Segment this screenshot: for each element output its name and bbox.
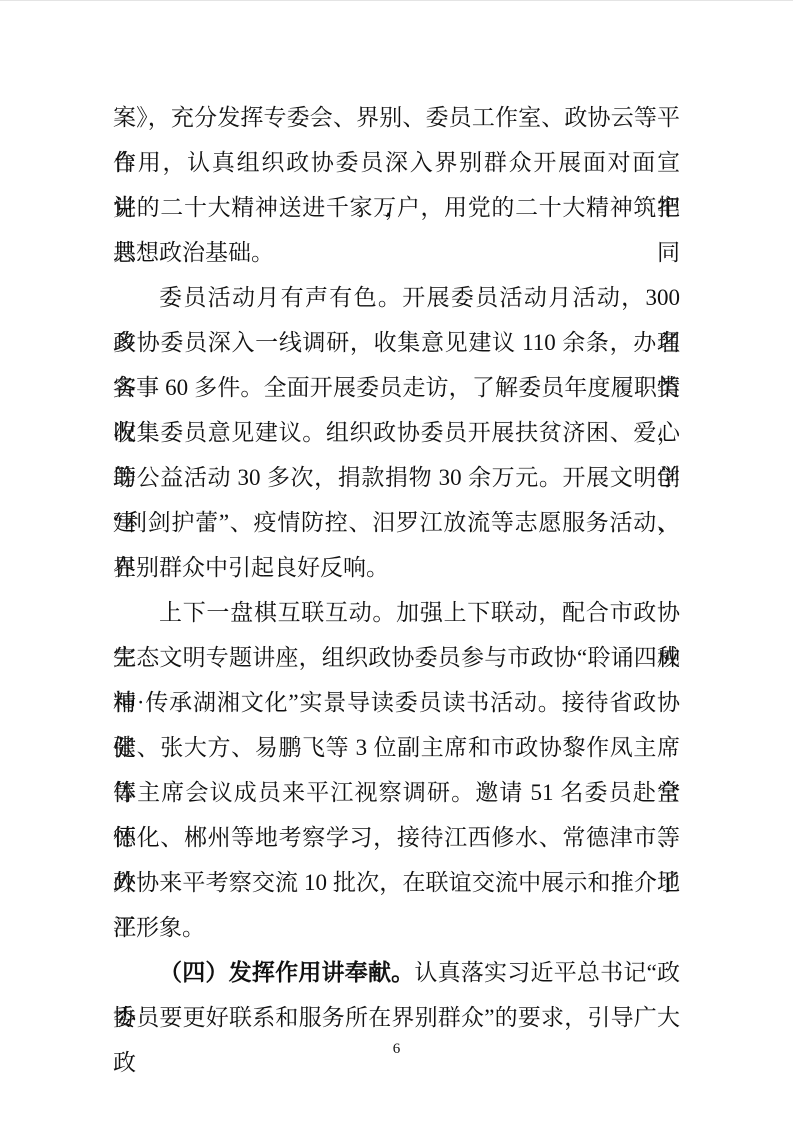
text-line: 上下一盘棋互联互动。加强上下联动，配合市政协完成 xyxy=(113,590,680,635)
text-line: 政协委员深入一线调研，收集意见建议 110 余条，办理各类 xyxy=(113,320,680,365)
text-line: 实事 60 多件。全面开展委员走访，了解委员年度履职情况， xyxy=(113,365,680,410)
text-block: 案》，充分发挥专委会、界别、委员工作室、政协云等平台作用，认真组织政协委员深入界… xyxy=(113,95,680,1040)
section-heading: （四）发挥作用讲奉献。 xyxy=(159,959,414,985)
text-line: 作用，认真组织政协委员深入界别群众开展面对面宣讲，把 xyxy=(113,140,680,185)
text-line: 收集委员意见建议。组织政协委员开展扶贫济困、爱心助学 xyxy=(113,410,680,455)
text-line: 体主席会议成员来平江视察调研。邀请 51 名委员赴常德、 xyxy=(113,770,680,815)
text-line: 界别群众中引起良好反响。 xyxy=(113,545,680,590)
page-number: 6 xyxy=(0,1039,793,1059)
text-line: 等公益活动 30 多次，捐款捐物 30 余万元。开展文明创建、 xyxy=(113,455,680,500)
text-line: 健、张大方、易鹏飞等 3 位副主席和市政协黎作凤主席等全 xyxy=(113,725,680,770)
text-line: 政协来平考察交流 10 批次，在联谊交流中展示和推介了平 xyxy=(113,860,680,905)
text-line: 生态文明专题讲座，组织政协委员参与市政协“聆诵四种精 xyxy=(113,635,680,680)
document-page: { "document": { "page_number": "6", "lin… xyxy=(0,0,793,1123)
text-line: 怀化、郴州等地考察学习，接待江西修水、常德津市等外地 xyxy=(113,815,680,860)
text-line: 江形象。 xyxy=(113,905,680,950)
text-line: 委员活动月有声有色。开展委员活动月活动，300 多名 xyxy=(113,275,680,320)
text-line: “利剑护蕾”、疫情防控、汨罗江放流等志愿服务活动，在 xyxy=(113,500,680,545)
text-line: 委员要更好联系和服务所在界别群众”的要求，引导广大政 xyxy=(113,995,680,1040)
page: 案》，充分发挥专委会、界别、委员工作室、政协云等平台作用，认真组织政协委员深入界… xyxy=(0,1,793,1123)
text-line: 党的二十大精神送进千家万户，用党的二十大精神筑牢共同 xyxy=(113,185,680,230)
text-line: （四）发挥作用讲奉献。认真落实习近平总书记“政协 xyxy=(113,950,680,995)
text-line: 神·传承湖湘文化”实景导读委员读书活动。接待省政协张 xyxy=(113,680,680,725)
text-line: 案》，充分发挥专委会、界别、委员工作室、政协云等平台 xyxy=(113,95,680,140)
